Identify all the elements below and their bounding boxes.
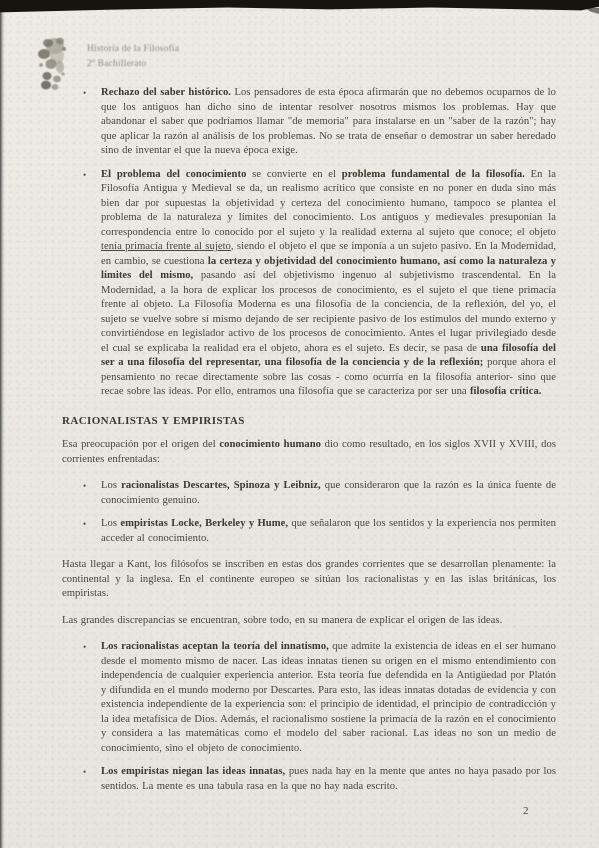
bullet-marker: • bbox=[83, 517, 86, 532]
bullet-problema-conocimiento: • El problema del conocimiento se convie… bbox=[62, 168, 556, 400]
bullet-empiristas: • Los empiristas Locke, Berkeley y Hume,… bbox=[62, 517, 556, 546]
scan-edge-top bbox=[0, 0, 599, 13]
bullet-marker: • bbox=[83, 168, 86, 183]
bullet-racionalistas-innatismo: • Los racionalistas aceptan la teoría de… bbox=[62, 640, 556, 756]
bullet-empiristas-niegan: • Los empiristas niegan las ideas innata… bbox=[62, 765, 556, 794]
scan-edge-left bbox=[0, 0, 5, 848]
page-number: 2 bbox=[523, 805, 529, 817]
paragraph-discrepancias: Las grandes discrepancias se encuentran,… bbox=[62, 614, 556, 629]
bullet-text: El problema del conocimiento se conviert… bbox=[101, 169, 556, 398]
bullet-text: Los racionalistas aceptan la teoría del … bbox=[101, 641, 556, 754]
bullet-rechazo-saber: • Rechazo del saber histórico. Los pensa… bbox=[62, 86, 556, 159]
scanned-document-page: { "header": { "course": "Historia de la … bbox=[0, 0, 599, 848]
paragraph-kant: Hasta llegar a Kant, los filósofos se in… bbox=[62, 558, 556, 602]
intro-paragraph: Esa preocupación por el origen del conoc… bbox=[62, 438, 556, 467]
header-course: Historia de la Filosofía bbox=[87, 42, 179, 57]
bullet-marker: • bbox=[83, 765, 86, 780]
bullet-text: Los racionalistas Descartes, Spinoza y L… bbox=[101, 480, 556, 506]
bullet-marker: • bbox=[83, 479, 86, 494]
document-body: • Rechazo del saber histórico. Los pensa… bbox=[62, 86, 556, 803]
bullet-text: Los empiristas niegan las ideas innatas,… bbox=[101, 766, 556, 792]
bullet-racionalistas: • Los racionalistas Descartes, Spinoza y… bbox=[62, 479, 556, 508]
bullet-text: Los empiristas Locke, Berkeley y Hume, q… bbox=[101, 518, 556, 544]
page-header: Historia de la Filosofía 2º Bachillerato bbox=[33, 34, 179, 92]
school-crest-icon bbox=[33, 34, 77, 92]
header-level: 2º Bachillerato bbox=[87, 57, 179, 72]
bullet-marker: • bbox=[83, 640, 86, 655]
section-heading: RACIONALISTAS Y EMPIRISTAS bbox=[62, 414, 556, 429]
bullet-text: Rechazo del saber histórico. Los pensado… bbox=[101, 87, 556, 156]
header-text: Historia de la Filosofía 2º Bachillerato bbox=[87, 34, 179, 92]
bullet-marker: • bbox=[83, 86, 86, 101]
